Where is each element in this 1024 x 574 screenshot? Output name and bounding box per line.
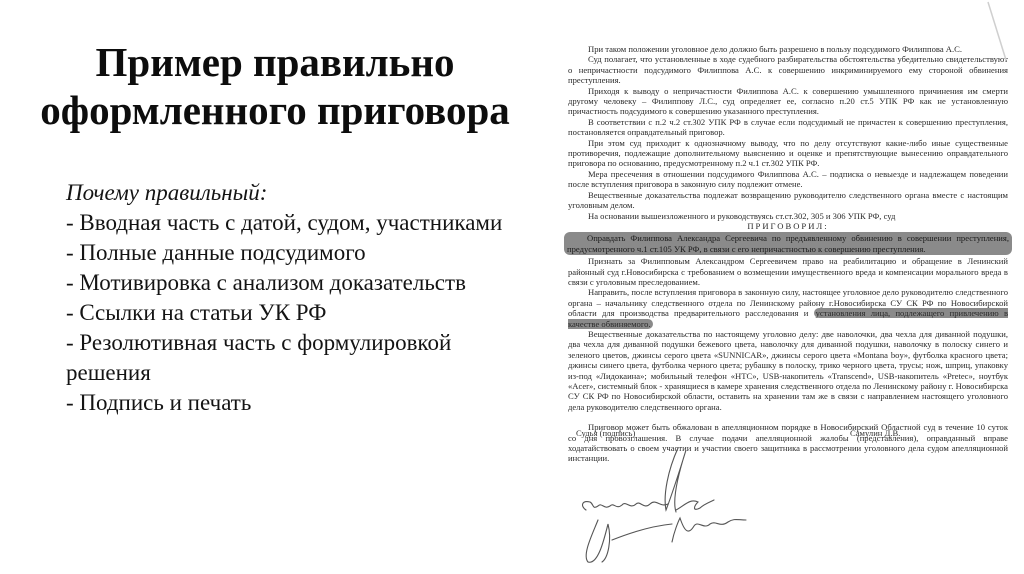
criteria-item-operative: - Резолютивная часть с формулировкой реш… (66, 328, 536, 388)
doc-paragraph: Суд полагает, что установленные в ходе с… (568, 54, 1008, 85)
title-line-1: Пример правильно (20, 38, 530, 86)
acquittal-highlight: Оправдать Филиппова Александра Сергеевич… (564, 232, 1012, 255)
direction-paragraph: Направить, после вступления приговора в … (568, 287, 1008, 329)
judge-name: Самулин Д.В. (850, 428, 900, 438)
doc-paragraph: Мера пресечения в отношении подсудимого … (568, 169, 1008, 190)
criteria-lead: Почему правильный: (66, 178, 536, 208)
doc-paragraph: В соответствии с п.2 ч.2 ст.302 УПК РФ в… (568, 117, 1008, 138)
signature-line: Судья (подпись) Самулин Д.В. (576, 428, 996, 438)
slide-title: Пример правильно оформленного приговора (20, 38, 530, 134)
criteria-item-reasoning: - Мотивировка с анализом доказательств (66, 268, 536, 298)
scan-edge-shadow-icon (986, 0, 1016, 70)
criteria-item-articles: - Ссылки на статьи УК РФ (66, 298, 536, 328)
doc-paragraph: Вещественные доказательства подлежат воз… (568, 190, 1008, 211)
criteria-item-intro: - Вводная часть с датой, судом, участник… (66, 208, 536, 238)
criteria-item-defendant: - Полные данные подсудимого (66, 238, 536, 268)
handwritten-signature-icon (568, 440, 758, 570)
rehabilitation-paragraph: Признать за Филипповым Александром Серге… (568, 256, 1008, 287)
doc-paragraph: При этом суд приходит к однозначному выв… (568, 138, 1008, 169)
criteria-list: Почему правильный: - Вводная часть с дат… (66, 178, 536, 418)
criteria-item-signature: - Подпись и печать (66, 388, 536, 418)
judge-label: Судья (подпись) (576, 428, 635, 438)
doc-paragraph: На основании вышеизложенного и руководст… (568, 211, 1008, 221)
doc-paragraph: При таком положении уголовное дело должн… (568, 44, 1008, 54)
title-line-2: оформленного приговора (20, 86, 530, 134)
evidence-paragraph: Вещественные доказательства по настоящем… (568, 329, 1008, 412)
verdict-heading: ПРИГОВОРИЛ: (568, 221, 1008, 231)
doc-paragraph: Приходя к выводу о непричастности Филипп… (568, 86, 1008, 117)
